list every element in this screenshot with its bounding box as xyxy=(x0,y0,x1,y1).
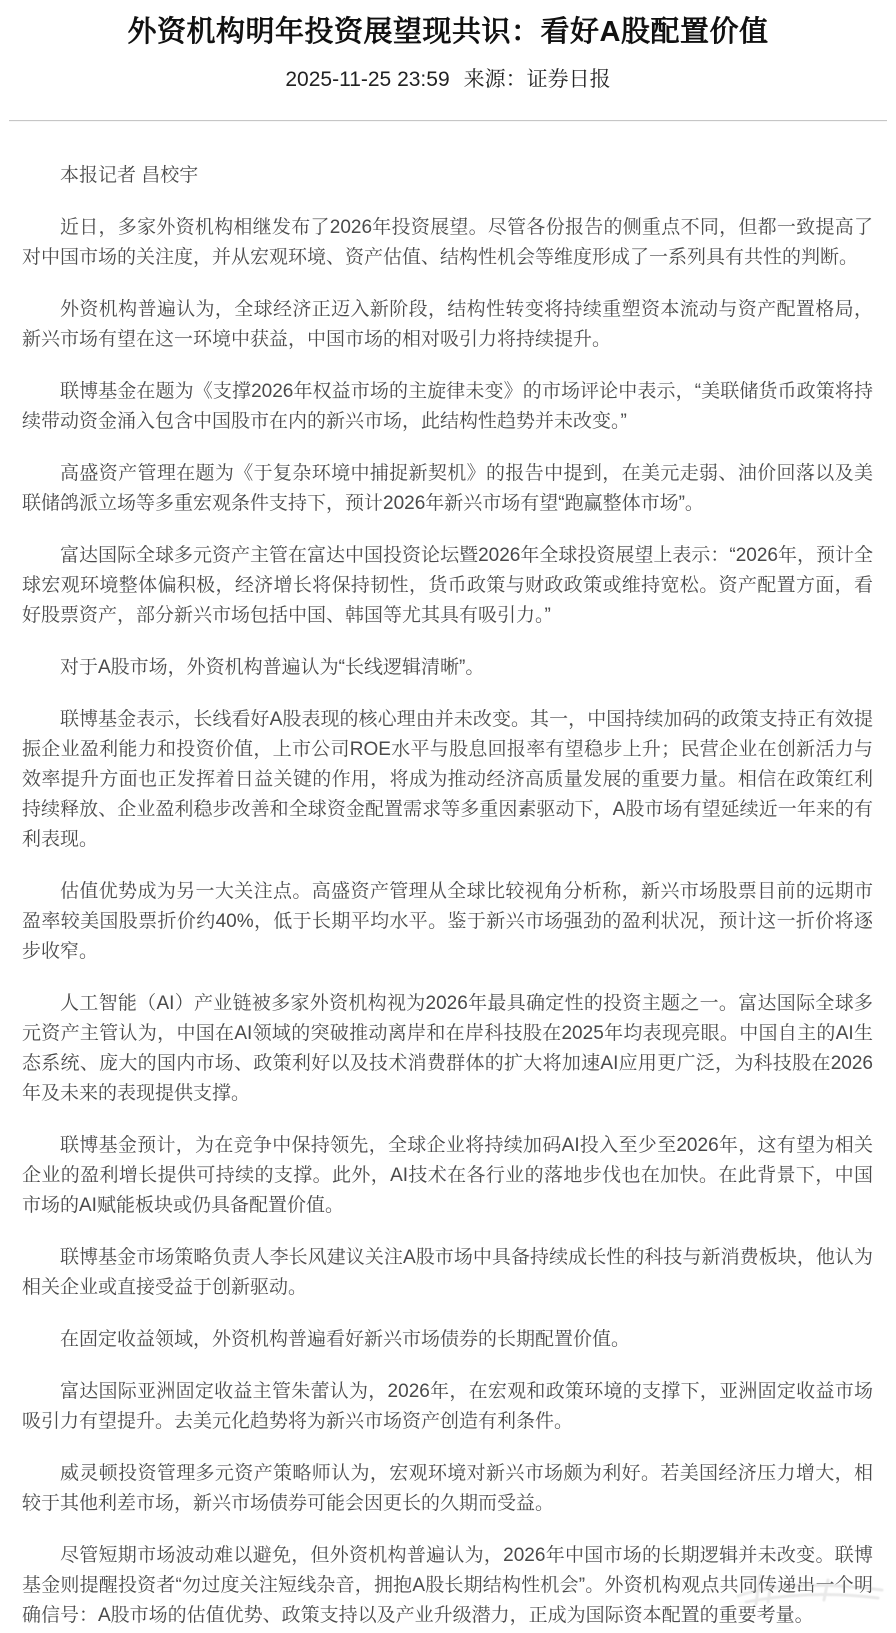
paragraph: 尽管短期市场波动难以避免，但外资机构普遍认为，2026年中国市场的长期逻辑并未改… xyxy=(22,1541,873,1631)
paragraph: 近日，多家外资机构相继发布了2026年投资展望。尽管各份报告的侧重点不同，但都一… xyxy=(22,213,873,273)
paragraph: 高盛资产管理在题为《于复杂环境中捕捉新契机》的报告中提到，在美元走弱、油价回落以… xyxy=(22,459,873,519)
article-header: 外资机构明年投资展望现共识：看好A股配置价值 2025-11-25 23:59来… xyxy=(0,0,896,92)
publish-datetime: 2025-11-25 23:59 xyxy=(285,68,449,91)
paragraph: 对于A股市场，外资机构普遍认为“长线逻辑清晰”。 xyxy=(22,653,873,683)
paragraph: 威灵顿投资管理多元资产策略师认为，宏观环境对新兴市场颇为利好。若美国经济压力增大… xyxy=(22,1459,873,1519)
page-title: 外资机构明年投资展望现共识：看好A股配置价值 xyxy=(40,14,856,50)
paragraph: 联博基金表示，长线看好A股表现的核心理由并未改变。其一，中国持续加码的政策支持正… xyxy=(22,705,873,855)
source-label: 来源：证券日报 xyxy=(464,68,611,91)
paragraph: 估值优势成为另一大关注点。高盛资产管理从全球比较视角分析称，新兴市场股票目前的远… xyxy=(22,877,873,967)
paragraph: 联博基金在题为《支撑2026年权益市场的主旋律未变》的市场评论中表示，“美联储货… xyxy=(22,377,873,437)
article-meta: 2025-11-25 23:59来源：证券日报 xyxy=(0,68,896,92)
paragraph: 人工智能（AI）产业链被多家外资机构视为2026年最具确定性的投资主题之一。富达… xyxy=(22,989,873,1109)
paragraph: 在固定收益领域，外资机构普遍看好新兴市场债券的长期配置价值。 xyxy=(22,1325,873,1355)
paragraph: 本报记者 昌校宇 xyxy=(22,161,873,191)
paragraph: 联博基金预计，为在竞争中保持领先，全球企业将持续加码AI投入至少至2026年，这… xyxy=(22,1131,873,1221)
paragraph: 外资机构普遍认为，全球经济正迈入新阶段，结构性转变将持续重塑资本流动与资产配置格… xyxy=(22,295,873,355)
article-page: { "page": { "title": "外资机构明年投资展望现共识：看好A股… xyxy=(0,0,896,1633)
paragraph: 富达国际全球多元资产主管在富达中国投资论坛暨2026年全球投资展望上表示：“20… xyxy=(22,541,873,631)
article-body: 本报记者 昌校宇近日，多家外资机构相继发布了2026年投资展望。尽管各份报告的侧… xyxy=(22,121,873,1631)
paragraph: 联博基金市场策略负责人李长风建议关注A股市场中具备持续成长性的科技与新消费板块，… xyxy=(22,1243,873,1303)
paragraph: 富达国际亚洲固定收益主管朱蕾认为，2026年，在宏观和政策环境的支撑下，亚洲固定… xyxy=(22,1377,873,1437)
